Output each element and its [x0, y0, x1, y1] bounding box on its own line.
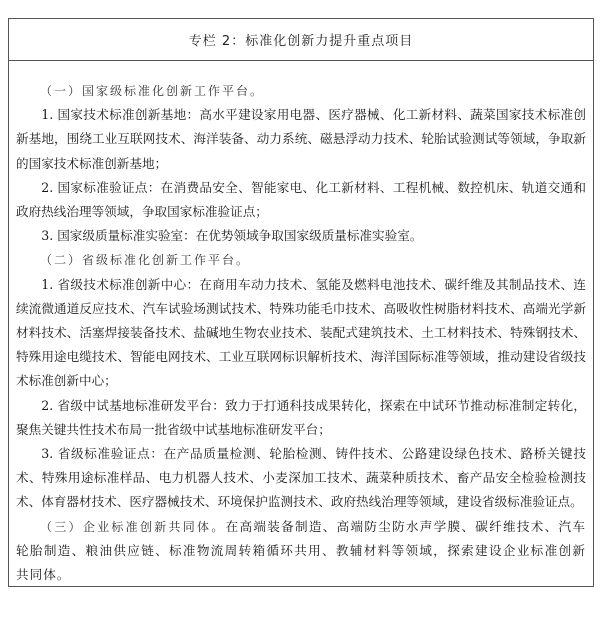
national-item-1: 1. 国家技术标准创新基地：高水平建设家用电器、医疗器械、化工新材料、蔬菜国家技…: [16, 103, 586, 176]
section-heading-enterprise: （三）企业标准创新共同体。: [40, 520, 226, 534]
national-item-3: 3. 国家级质量标准实验室：在优势领域争取国家级质量标准实验室。: [16, 224, 586, 248]
section-heading-national: （一）国家级标准化创新工作平台。: [16, 79, 586, 103]
box-content: （一）国家级标准化创新工作平台。 1. 国家技术标准创新基地：高水平建设家用电器…: [9, 61, 593, 587]
title-row: 专栏 2：标准化创新力提升重点项目: [9, 19, 593, 61]
provincial-item-3: 3. 省级标准验证点：在产品质量检测、轮胎检测、铸件技术、公路建设绿色技术、路桥…: [16, 442, 586, 515]
section-heading-provincial: （二）省级标准化创新工作平台。: [16, 248, 586, 272]
national-item-2: 2. 国家标准验证点：在消费品安全、智能家电、化工新材料、工程机械、数控机床、轨…: [16, 176, 586, 224]
section-enterprise: （三）企业标准创新共同体。在高端装备制造、高端防尘防水声学膜、碳纤维技术、汽车轮…: [16, 515, 586, 588]
box-title: 专栏 2：标准化创新力提升重点项目: [189, 30, 413, 49]
feature-box: 专栏 2：标准化创新力提升重点项目 （一）国家级标准化创新工作平台。 1. 国家…: [8, 18, 594, 587]
provincial-item-1: 1. 省级技术标准创新中心：在商用车动力技术、氢能及燃料电池技术、碳纤维及其制品…: [16, 273, 586, 394]
provincial-item-2: 2. 省级中试基地标准研发平台：致力于打通科技成果转化，探索在中试环节推动标准制…: [16, 394, 586, 442]
